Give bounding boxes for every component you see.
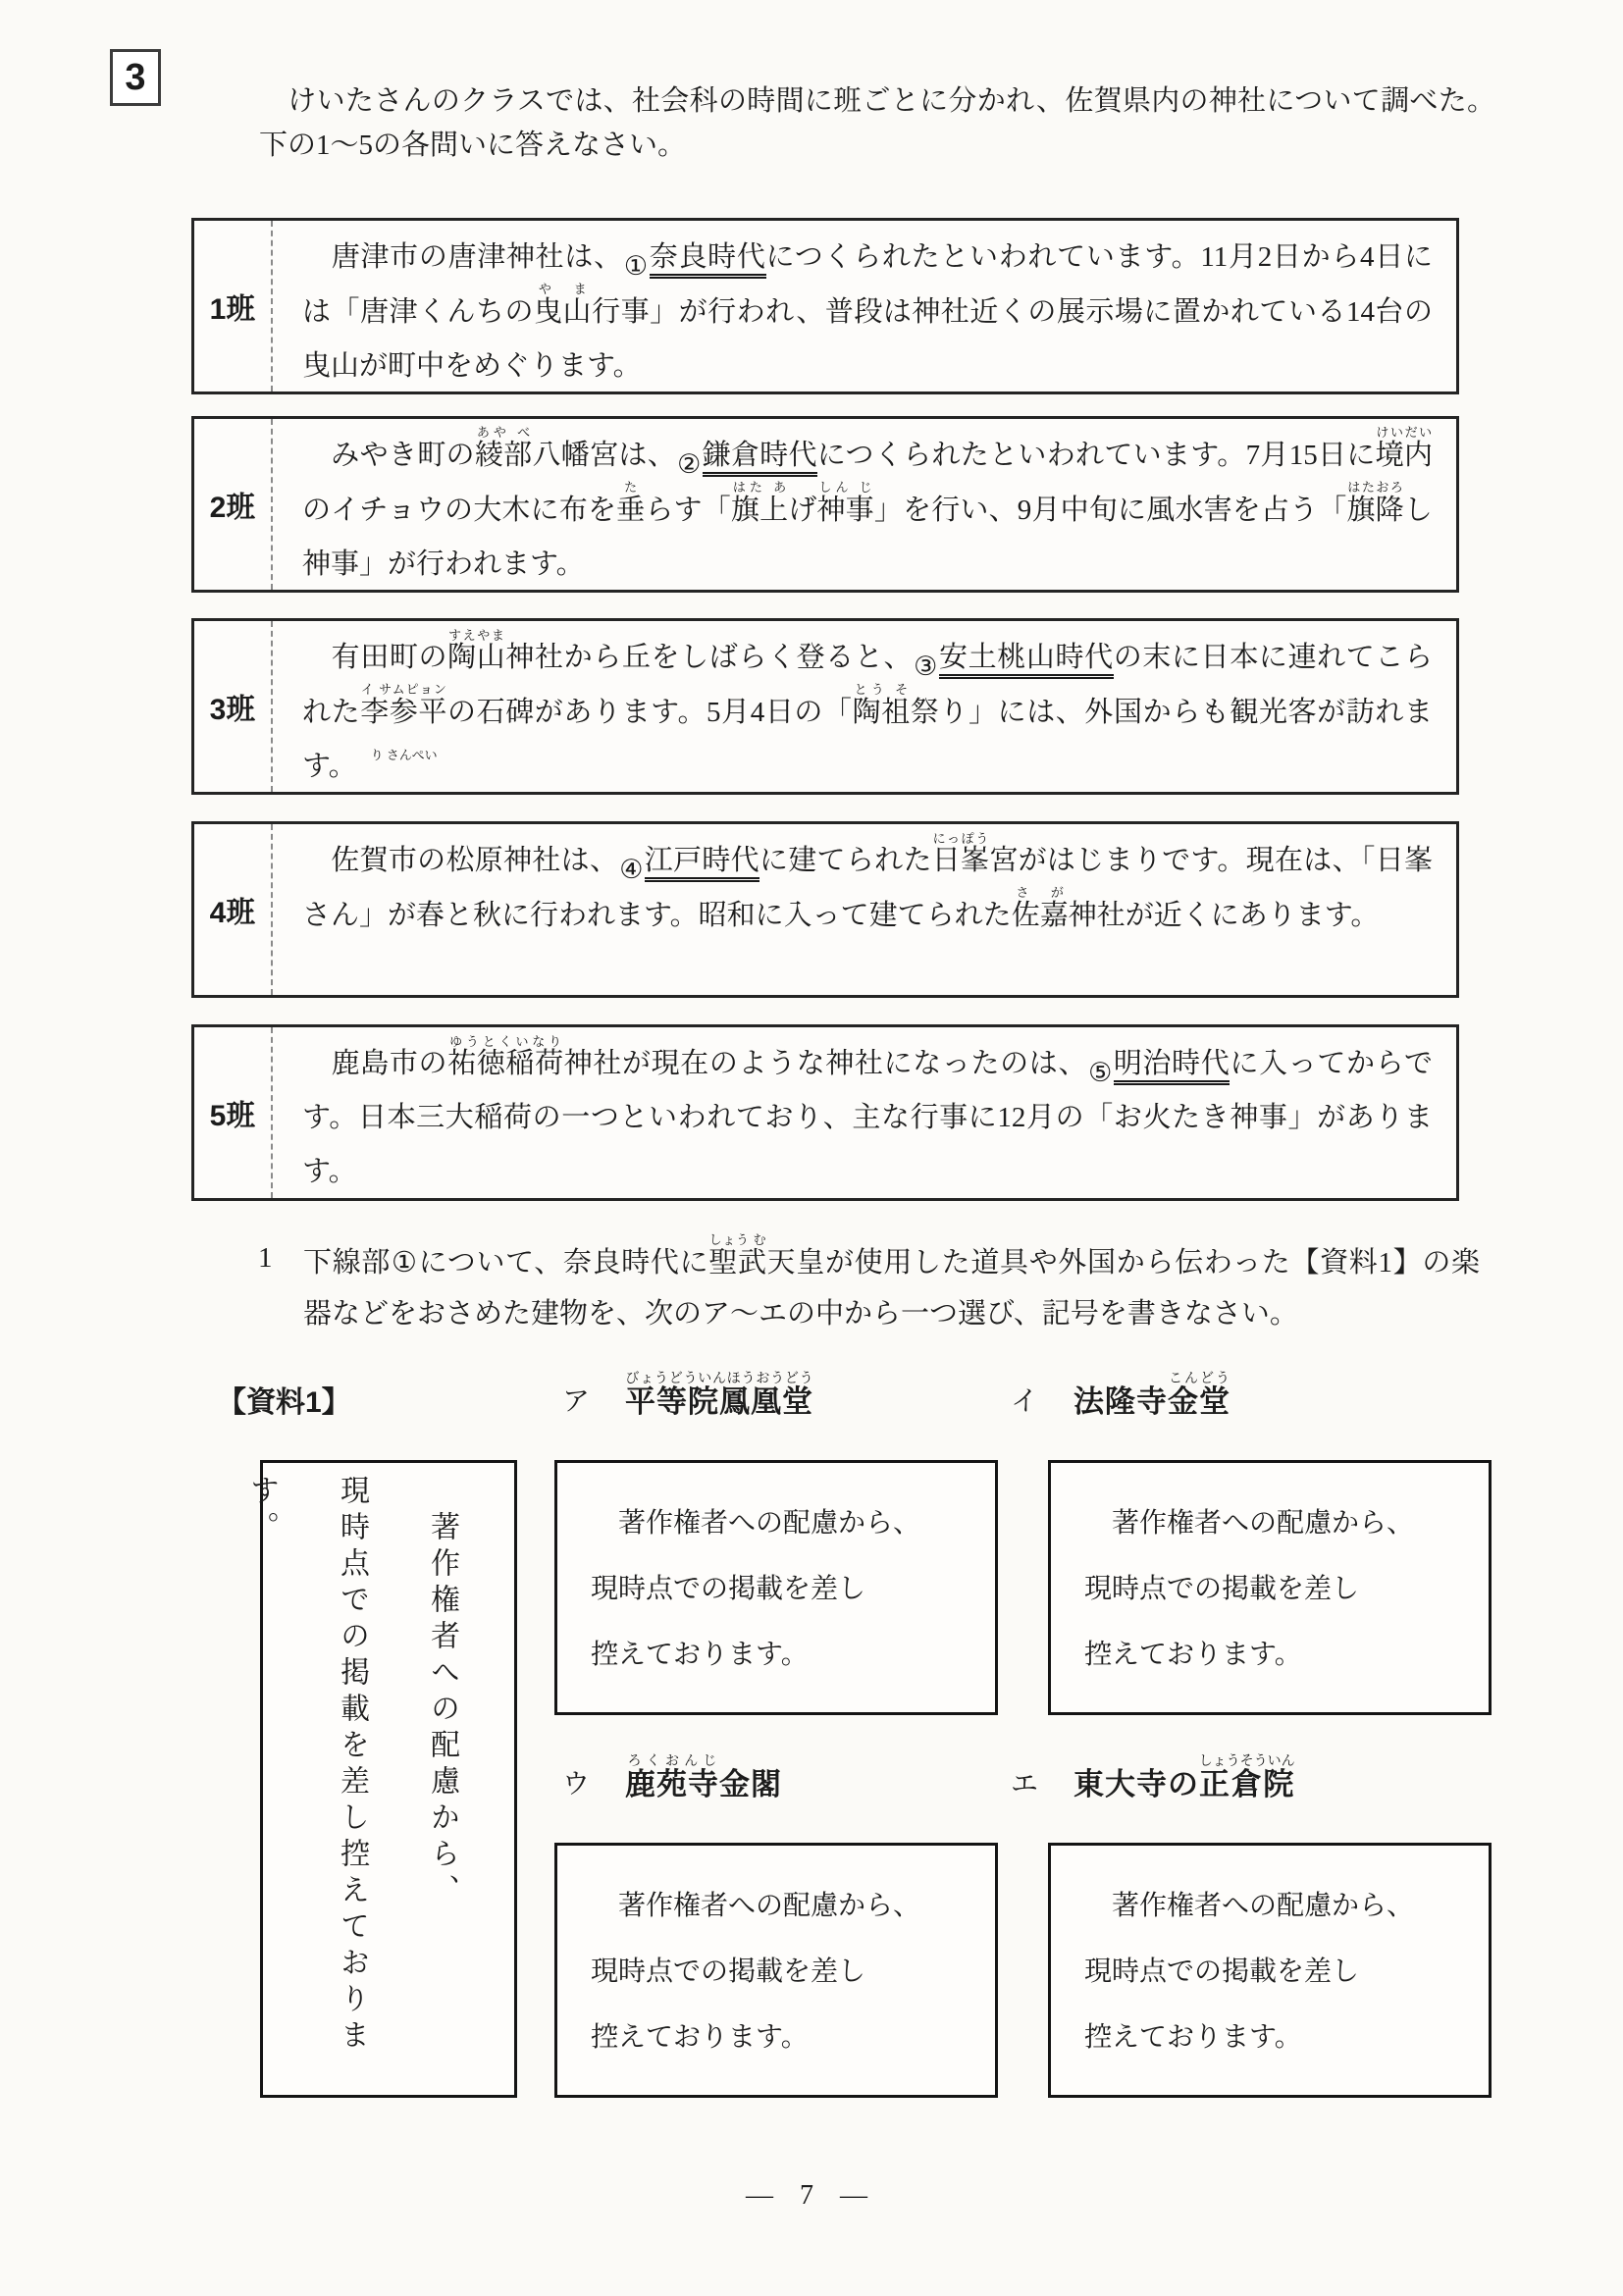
group-3-text: 有田町の陶山すえやま神社から丘をしばらく登ると、③安土桃山時代の末に日本に連れて…: [273, 621, 1456, 792]
question-1: 1 下線部①について、奈良時代に聖武しょう む天皇が使用した道具や外国から伝わっ…: [258, 1232, 1480, 1339]
group-1-text: 唐津市の唐津神社は、①奈良時代につくられたといわれています。11月2日から4日に…: [273, 221, 1456, 391]
intro-paragraph: けいたさんのクラスでは、社会科の時間に班ごとに分かれ、佐賀県内の神社について調べ…: [259, 79, 1495, 168]
option-i-title: 法隆寺金堂こんどう: [1073, 1370, 1230, 1421]
shiryo-1-placeholder-box: 著作権者への配慮から、 現時点での掲載を差し控えております。: [260, 1460, 517, 2098]
page-number: ― 7 ―: [0, 2180, 1623, 2212]
option-i-header: イ 法隆寺金堂こんどう: [1011, 1370, 1230, 1421]
option-i-placeholder-box: 著作権者への配慮から、現時点での掲載を差し控えております。: [1048, 1460, 1492, 1715]
group-3-box: 3班 有田町の陶山すえやま神社から丘をしばらく登ると、③安土桃山時代の末に日本に…: [191, 618, 1459, 795]
group-1-label: 1班: [194, 221, 273, 391]
shiryo-1-label: 【資料1】: [217, 1378, 351, 1421]
group-5-label: 5班: [194, 1027, 273, 1198]
option-a-placeholder-box: 著作権者への配慮から、現時点での掲載を差し控えております。: [554, 1460, 998, 1715]
option-u-placeholder-box: 著作権者への配慮から、現時点での掲載を差し控えております。: [554, 1843, 998, 2098]
option-a-header: ア 平等院鳳凰堂びょうどういんほうおうどう: [562, 1370, 813, 1421]
option-u-kana: ウ: [562, 1762, 590, 1803]
option-u-title: 鹿苑寺ろくおんじ金閣: [625, 1752, 782, 1803]
question-number-badge: 3: [110, 49, 161, 106]
question-1-number: 1: [258, 1232, 273, 1283]
shiryo-1-vertical-line-1: 著作権者への配慮から、: [396, 1475, 487, 2083]
group-2-text: みやき町の綾部あや べ八幡宮は、②鎌倉時代につくられたといわれています。7月15…: [273, 419, 1456, 590]
option-e-header: エ 東大寺の正倉院しょうそういん: [1011, 1752, 1295, 1803]
group-2-label: 2班: [194, 419, 273, 590]
group-4-box: 4班 佐賀市の松原神社は、④江戸時代に建てられた日峯にっぽう宮がはじまりです。現…: [191, 821, 1459, 998]
option-e-title: 東大寺の正倉院しょうそういん: [1073, 1752, 1295, 1803]
exam-page: 3 けいたさんのクラスでは、社会科の時間に班ごとに分かれ、佐賀県内の神社について…: [0, 0, 1623, 2296]
group-5-text: 鹿島市の祐徳稲荷ゆうとくいなり神社が現在のような神社になったのは、⑤明治時代に入…: [273, 1027, 1456, 1198]
group-1-box: 1班 唐津市の唐津神社は、①奈良時代につくられたといわれています。11月2日から…: [191, 218, 1459, 394]
option-e-placeholder-box: 著作権者への配慮から、現時点での掲載を差し控えております。: [1048, 1843, 1492, 2098]
option-u-header: ウ 鹿苑寺ろくおんじ金閣: [562, 1752, 782, 1803]
option-a-title: 平等院鳳凰堂びょうどういんほうおうどう: [625, 1370, 813, 1421]
group-4-text: 佐賀市の松原神社は、④江戸時代に建てられた日峯にっぽう宮がはじまりです。現在は、…: [273, 824, 1456, 995]
group-3-label: 3班: [194, 621, 273, 792]
group-2-box: 2班 みやき町の綾部あや べ八幡宮は、②鎌倉時代につくられたといわれています。7…: [191, 416, 1459, 593]
option-e-kana: エ: [1011, 1762, 1038, 1803]
group-4-label: 4班: [194, 824, 273, 995]
group-5-box: 5班 鹿島市の祐徳稲荷ゆうとくいなり神社が現在のような神社になったのは、⑤明治時…: [191, 1024, 1459, 1201]
shiryo-1-vertical-line-2: 現時点での掲載を差し控えております。: [216, 1475, 396, 2083]
question-1-text: 下線部①について、奈良時代に聖武しょう む天皇が使用した道具や外国から伝わった【…: [303, 1232, 1480, 1339]
option-i-kana: イ: [1011, 1380, 1038, 1421]
option-a-kana: ア: [562, 1380, 590, 1421]
